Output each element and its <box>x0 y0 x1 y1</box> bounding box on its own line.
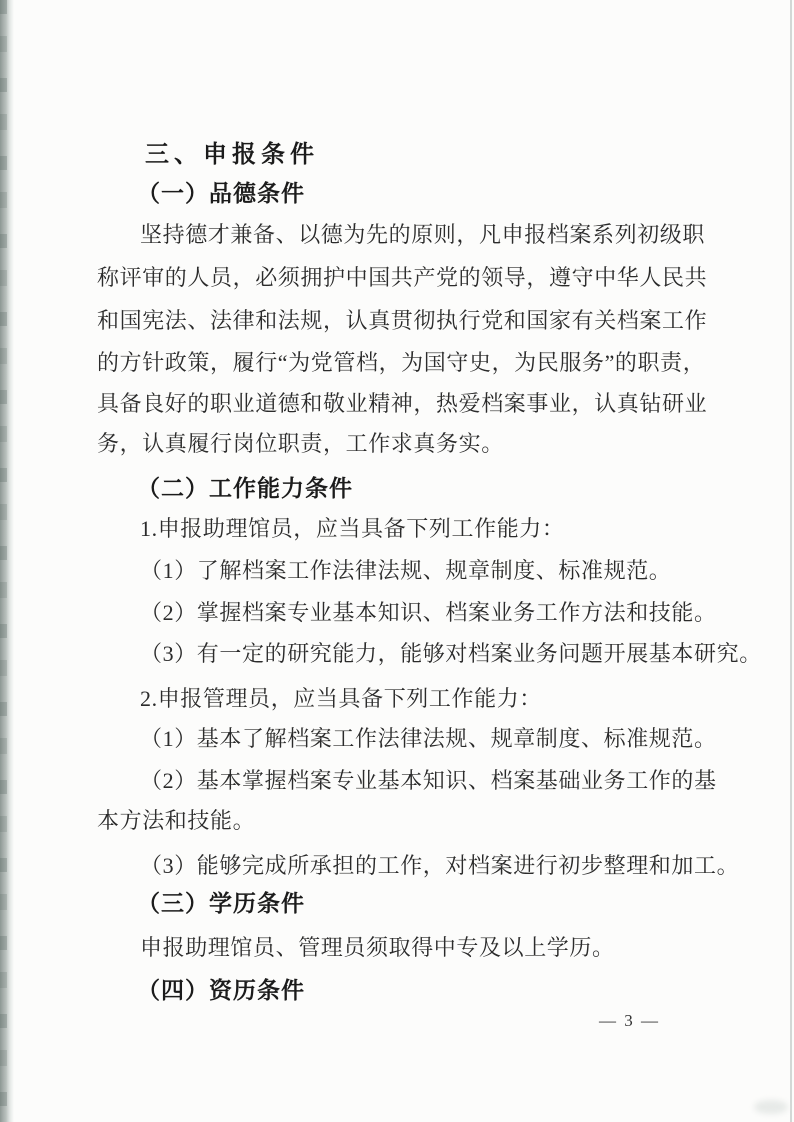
text-line: 和国宪法、法律和法规，认真贯彻执行党和国家有关档案工作 <box>97 308 707 334</box>
text-line: 的方针政策，履行“为党管档，为国守史，为民服务”的职责， <box>97 350 705 376</box>
sub-item-line: （3）能够完成所承担的工作，对档案进行初步整理和加工。 <box>140 853 739 879</box>
text-line: 务，认真履行岗位职责，工作求真务实。 <box>97 431 504 457</box>
text-line: 申报助理馆员、管理员须取得中专及以上学历。 <box>140 935 615 961</box>
subsection-heading-ability: （二）工作能力条件 <box>137 476 353 502</box>
sub-item-line: （2）掌握档案专业基本知识、档案业务工作方法和技能。 <box>140 600 717 626</box>
sub-item-line: （2）基本掌握档案专业基本知识、档案基础业务工作的基 <box>140 768 717 794</box>
text-line: 坚持德才兼备、以德为先的原则，凡申报档案系列初级职 <box>140 222 705 248</box>
page-number: — 3 — <box>599 1011 660 1031</box>
subsection-heading-education: （三）学历条件 <box>137 891 305 917</box>
scan-smudge <box>754 1100 788 1114</box>
subsection-heading-qualification: （四）资历条件 <box>137 978 305 1004</box>
subsection-heading-moral: （一）品德条件 <box>137 181 305 207</box>
document-page: 三、申报条件 （一）品德条件 坚持德才兼备、以德为先的原则，凡申报档案系列初级职… <box>0 0 794 1122</box>
list-item-1: 1.申报助理馆员，应当具备下列工作能力： <box>140 516 565 542</box>
text-line: 具备良好的职业道德和敬业精神，热爱档案事业，认真钻研业 <box>97 391 707 417</box>
sub-item-line: （1）了解档案工作法律法规、规章制度、标准规范。 <box>140 558 671 584</box>
text-line: 本方法和技能。 <box>97 808 255 834</box>
sub-item-line: （1）基本了解档案工作法律法规、规章制度、标准规范。 <box>140 726 717 752</box>
sub-item-line: （3）有一定的研究能力，能够对档案业务问题开展基本研究。 <box>140 641 762 667</box>
text-line: 称评审的人员，必须拥护中国共产党的领导，遵守中华人民共 <box>97 265 707 291</box>
list-item-2: 2.申报管理员，应当具备下列工作能力： <box>140 686 542 712</box>
scan-edge-left <box>0 0 14 1122</box>
scan-edge-right <box>790 0 792 1122</box>
section-heading: 三、申报条件 <box>145 141 319 167</box>
